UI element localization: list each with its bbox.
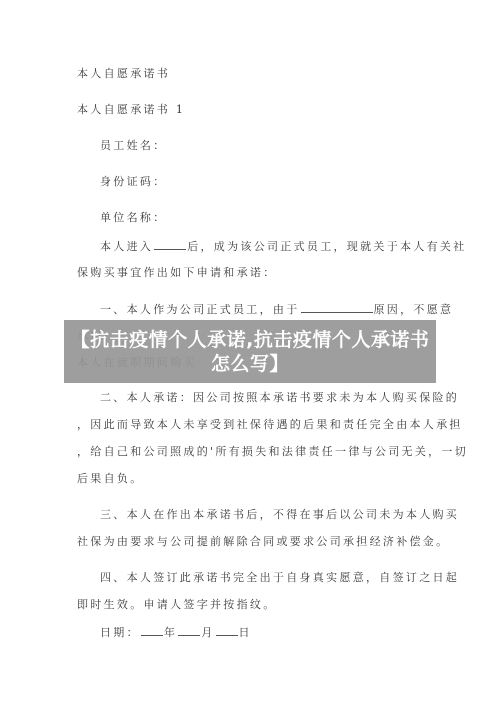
- clause1-text-b: 原因，不愿意: [374, 303, 454, 316]
- clause3-line-1: 三、本人在作出本承诺书后，不得在事后以公司未为本人购买: [100, 508, 459, 522]
- company-name-label: 单位名称：: [100, 211, 167, 225]
- title-overlay-banner: 【抗击疫情个人承诺,抗击疫情个人承诺书怎么写】: [64, 320, 436, 383]
- reason-blank: [301, 302, 373, 313]
- employee-name-label: 员工姓名：: [100, 139, 167, 153]
- date-line: 日期：年月日: [100, 625, 252, 640]
- document-page: 本人自愿承诺书 本人自愿承诺书 1 员工姓名： 身份证码： 单位名称： 本人进入…: [0, 0, 500, 706]
- clause2-line-3: ，给自己和公司照成的'所有损失和法律责任一律与公司无关，一切: [77, 445, 468, 459]
- clause3-line-2: 社保为由要求与公司提前解除合同或要求公司承担经济补偿金。: [77, 535, 449, 549]
- intro-line-1: 本人进入后，成为该公司正式员工，现就关于本人有关社: [100, 239, 467, 254]
- clause2-line-4: 后果自负。: [77, 472, 144, 486]
- intro-text-b: 后，成为该公司正式员工，现就关于本人有关社: [187, 240, 466, 253]
- intro-line-2: 保购买事宜作出如下申请和承诺：: [77, 266, 277, 280]
- intro-text-a: 本人进入: [100, 240, 153, 253]
- year-blank: [141, 625, 163, 636]
- id-number-label: 身份证码：: [100, 175, 167, 189]
- month-blank: [178, 625, 200, 636]
- clause4-line-2: 即时生效。申请人签字并按指纹。: [77, 598, 277, 612]
- clause4-line-1: 四、本人签订此承诺书完全出于自身真实愿意，自签订之日起: [100, 571, 459, 585]
- day-blank: [216, 625, 238, 636]
- date-label: 日期：: [100, 626, 140, 639]
- document-title: 本人自愿承诺书: [77, 67, 170, 81]
- clause1-line-1: 一、本人作为公司正式员工，由于原因，不愿意: [100, 302, 453, 317]
- company-blank: [154, 239, 186, 250]
- clause2-line-1: 二、本人承诺：因公司按照本承诺书要求未为本人购买保险的: [100, 391, 459, 405]
- month-label: 月: [201, 626, 214, 639]
- document-subtitle: 本人自愿承诺书 1: [77, 103, 185, 117]
- clause1-text-a: 一、本人作为公司正式员工，由于: [100, 303, 300, 316]
- clause2-line-2: ，因此而导致本人未享受到社保待遇的后果和责任完全由本人承担: [77, 418, 463, 432]
- year-label: 年: [164, 626, 177, 639]
- banner-title: 【抗击疫情个人承诺,抗击疫情个人承诺书怎么写】: [69, 328, 431, 376]
- day-label: 日: [239, 626, 252, 639]
